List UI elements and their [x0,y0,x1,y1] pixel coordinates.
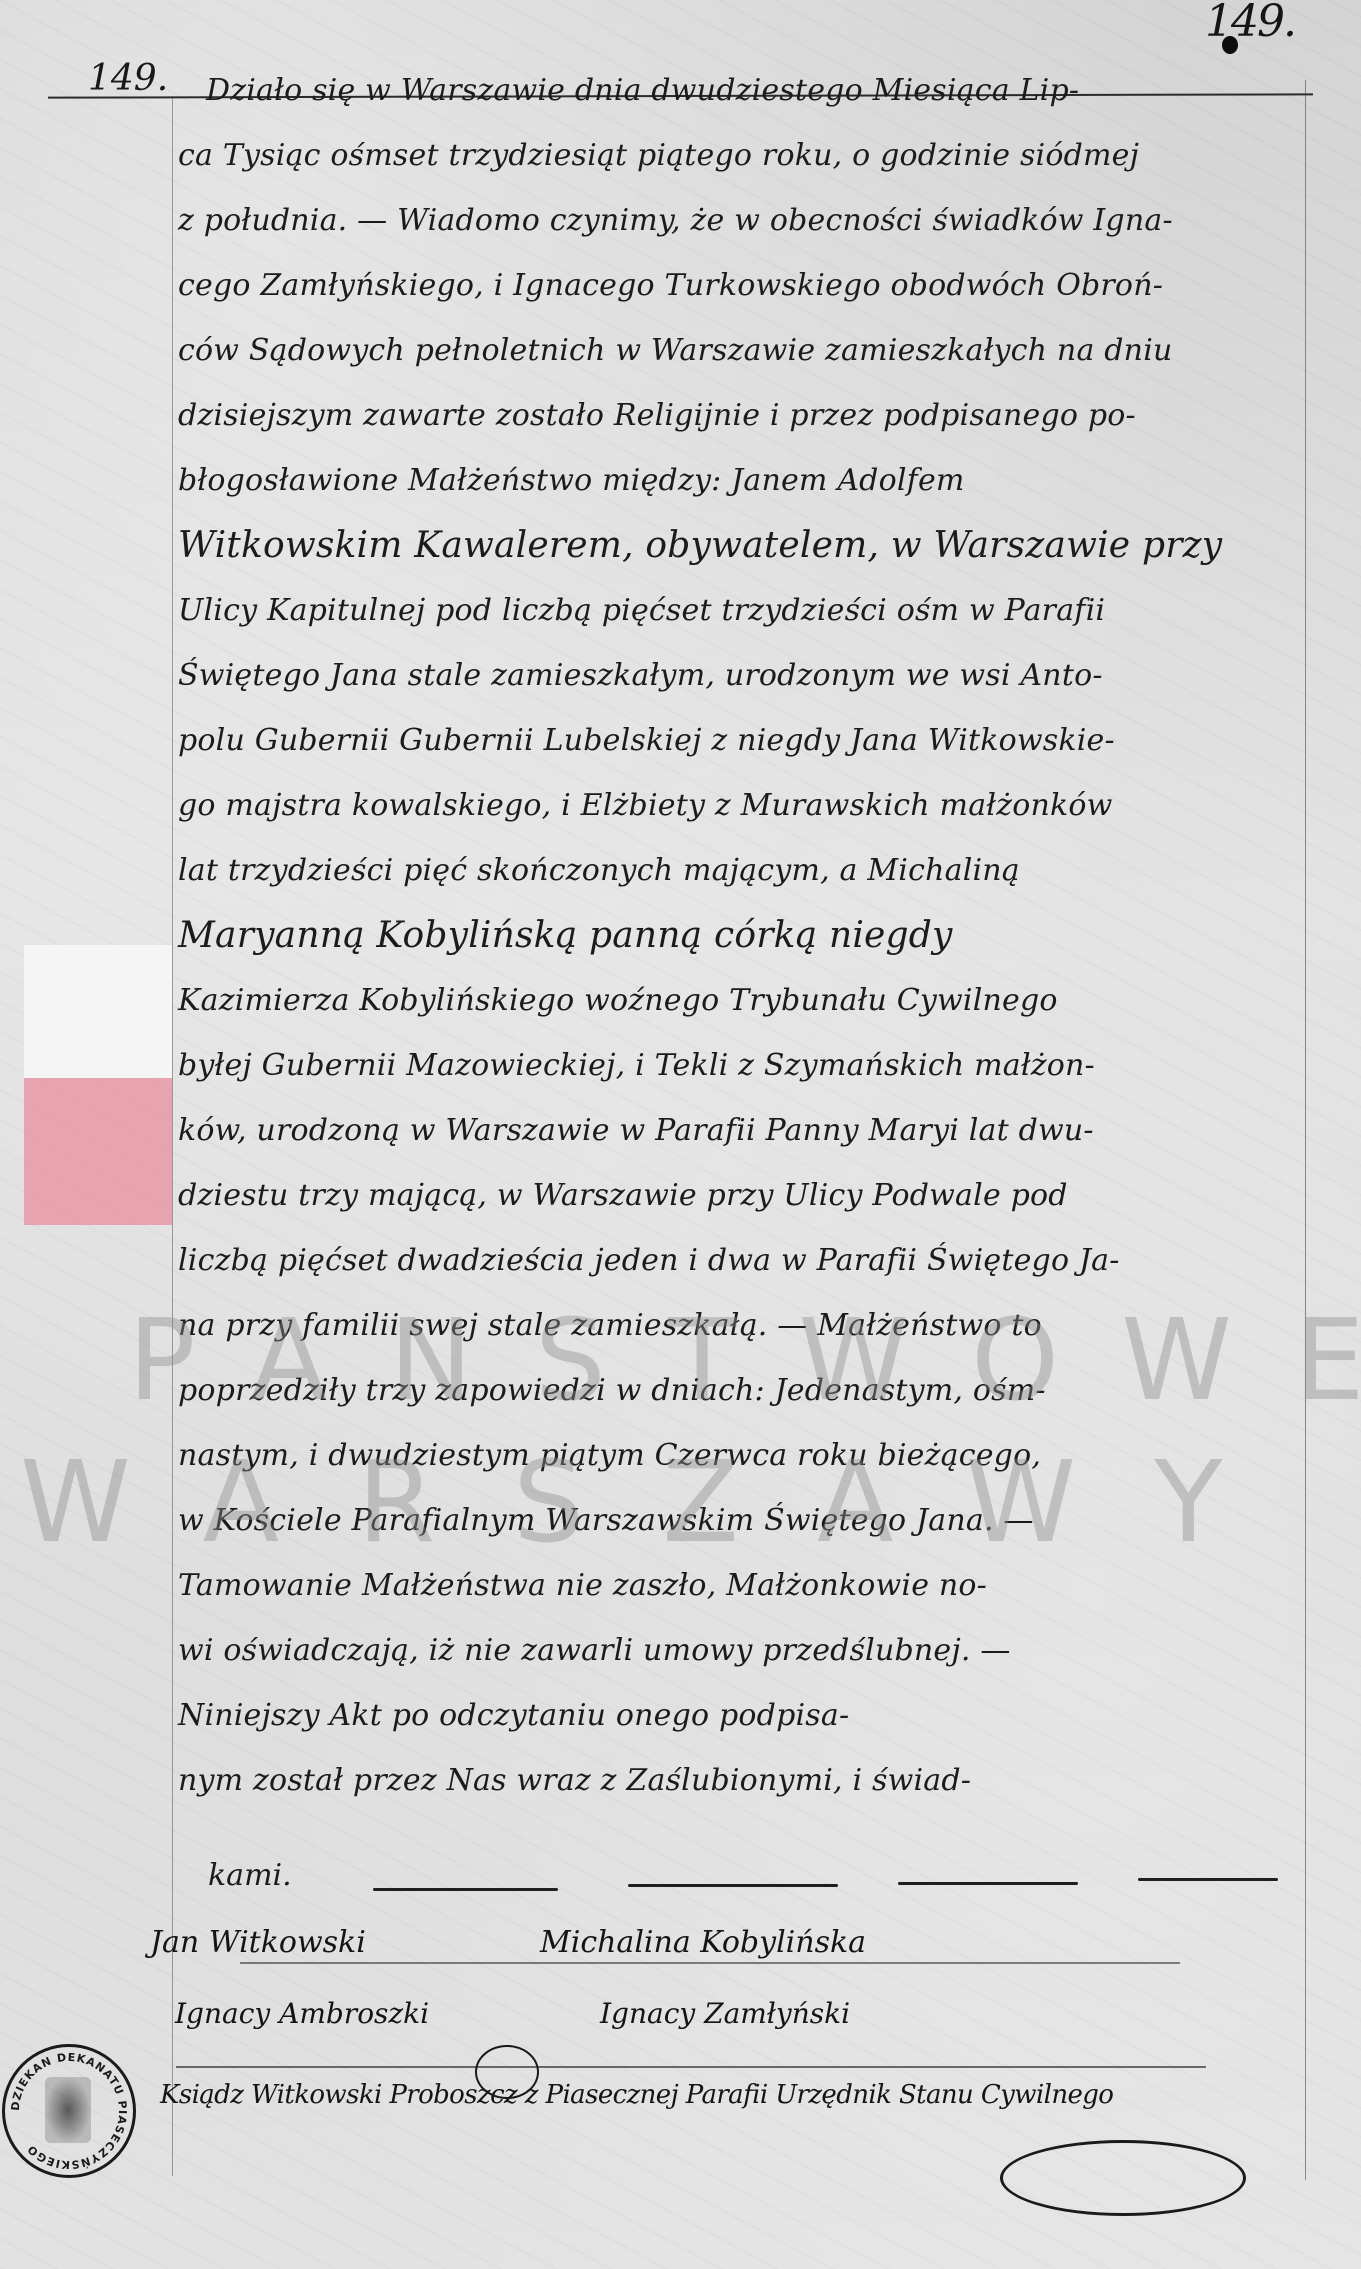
document-scan: 149. 149. Działo się w Warszawie dnia dw… [0,0,1361,2269]
filler-dash [898,1882,1078,1885]
record-line-groom-name: Witkowskim Kawalerem, obywatelem, w Wars… [178,513,1308,578]
signature-bride: Michalina Kobylińska [540,1925,866,1960]
closing-word: kami. [208,1858,292,1893]
record-line: Kazimierza Kobylińskiego woźnego Trybuna… [178,968,1308,1033]
record-line: wi oświadczają, iż nie zawarli umowy prz… [178,1618,1308,1683]
closing-line: kami. [208,1868,1288,1908]
record-line: cego Zamłyńskiego, i Ignacego Turkowskie… [178,253,1308,318]
record-line: z południa. — Wiadomo czynimy, że w obec… [178,188,1308,253]
signature-rule [176,2066,1206,2068]
signature-witness-2: Ignacy Zamłyński [600,1997,850,2030]
record-line-bride-name: Maryanną Kobylińską panną córką niegdy [178,903,1308,968]
record-line: Działo się w Warszawie dnia dwudziestego… [206,58,1308,123]
filler-dash [628,1884,838,1887]
filler-dash [373,1888,558,1891]
record-line: byłej Gubernii Mazowieckiej, i Tekli z S… [178,1033,1308,1098]
left-margin-line [172,96,173,2176]
watermark-line-1: PANSTWOWE [128,1296,1361,1426]
record-line: ców Sądowych pełnoletnich w Warszawie za… [178,318,1308,383]
record-line: Ulicy Kapitulnej pod liczbą pięćset trzy… [178,578,1308,643]
flag-overlay-white [24,945,172,1078]
signature-rule [240,1962,1180,1964]
record-line: lat trzydzieści pięć skończonych mającym… [178,838,1308,903]
record-line: go majstra kowalskiego, i Elżbiety z Mur… [178,773,1308,838]
record-line: błogosławione Małżeństwo między: Janem A… [178,448,1308,513]
flag-overlay-red [24,1078,172,1225]
svg-text:DZIEKAN DEKANATU PIASECZYŃSKIE: DZIEKAN DEKANATU PIASECZYŃSKIEGO [9,2051,129,2171]
signature-flourish [475,2045,539,2099]
record-line: dzisiejszym zawarte zostało Religijnie i… [178,383,1308,448]
page-number: 149. [1205,0,1295,47]
entry-number: 149. [88,58,168,99]
record-line: Niniejszy Akt po odczytaniu onego podpis… [178,1683,1308,1748]
signature-officiant: Ksiądz Witkowski Proboszcz z Piasecznej … [160,2080,1113,2110]
signature-groom: Jan Witkowski [150,1925,366,1960]
parish-stamp: DZIEKAN DEKANATU PIASECZYŃSKIEGO [2,2044,136,2178]
record-line: polu Gubernii Gubernii Lubelskiej z nieg… [178,708,1308,773]
watermark-line-2: WARSZAWY [20,1438,1301,1568]
record-line: Świętego Jana stale zamieszkałym, urodzo… [178,643,1308,708]
record-line: nym został przez Nas wraz z Zaślubionymi… [178,1748,1308,1813]
record-line: dziestu trzy mającą, w Warszawie przy Ul… [178,1163,1308,1228]
record-line: ca Tysiąc ośmset trzydziesiąt piątego ro… [178,123,1308,188]
stamp-text-ring: DZIEKAN DEKANATU PIASECZYŃSKIEGO [5,2047,133,2175]
signature-flourish [1000,2140,1246,2216]
signature-witness-1: Ignacy Ambroszki [175,1997,429,2030]
record-line: liczbą pięćset dwadzieścia jeden i dwa w… [178,1228,1308,1293]
ink-blot [1222,36,1238,54]
filler-dash [1138,1878,1278,1881]
record-line: ków, urodzoną w Warszawie w Parafii Pann… [178,1098,1308,1163]
